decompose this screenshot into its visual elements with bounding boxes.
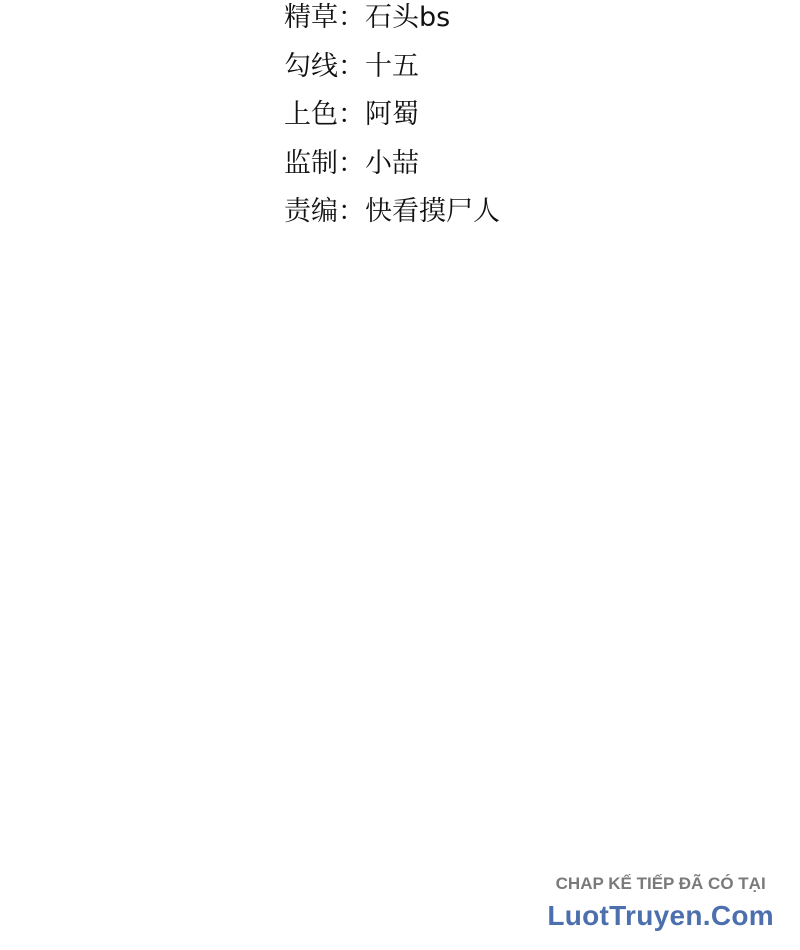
- credit-row-coloring: 上色：阿蜀: [284, 91, 500, 140]
- credit-role: 责编: [284, 188, 338, 237]
- credit-role: 上色: [284, 91, 338, 140]
- credit-row-supervisor: 监制：小喆: [284, 140, 500, 189]
- credit-name: 小喆: [365, 140, 419, 189]
- credit-separator: ：: [338, 140, 365, 189]
- credit-separator: ：: [338, 188, 365, 237]
- credit-role: 监制: [284, 140, 338, 189]
- watermark-caption: CHAP KẾ TIẾP ĐÃ CÓ TẠI: [547, 870, 774, 898]
- credit-separator: ：: [338, 43, 365, 92]
- credit-row-sketch: 精草：石头bs: [284, 0, 500, 43]
- credit-role: 精草: [284, 0, 338, 43]
- credits-list: 精草：石头bs 勾线：十五 上色：阿蜀 监制：小喆 责编：快看摸尸人: [284, 0, 500, 237]
- credit-name: 石头bs: [365, 0, 450, 43]
- credit-name: 十五: [365, 43, 419, 92]
- credit-role: 勾线: [284, 43, 338, 92]
- credit-separator: ：: [338, 91, 365, 140]
- watermark: CHAP KẾ TIẾP ĐÃ CÓ TẠI LuotTruyen.Com: [547, 870, 774, 934]
- credit-row-editor: 责编：快看摸尸人: [284, 188, 500, 237]
- watermark-site-name: LuotTruyen.Com: [547, 898, 774, 934]
- credit-name: 阿蜀: [365, 91, 419, 140]
- credit-name: 快看摸尸人: [365, 188, 500, 237]
- credit-separator: ：: [338, 0, 365, 43]
- credit-row-lineart: 勾线：十五: [284, 43, 500, 92]
